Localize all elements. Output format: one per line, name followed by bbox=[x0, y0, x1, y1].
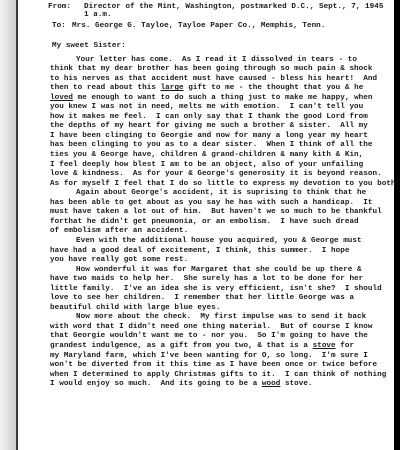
letter-line: then to read about this large gift to me… bbox=[50, 84, 363, 94]
text-segment: beautiful child with large blue eyes. bbox=[50, 304, 220, 312]
text-segment: won't be diverted from it this time as I… bbox=[50, 361, 377, 369]
text-segment: has been able to get about as you say he… bbox=[50, 199, 373, 207]
text-segment: ties you & George have, children & grand… bbox=[50, 151, 363, 159]
text-segment: then to read about this bbox=[50, 84, 161, 92]
letter-line: As for myself I feel that I do so little… bbox=[50, 180, 400, 190]
letter-line: ties you & George have, children & grand… bbox=[50, 151, 363, 161]
letter-line: has been clinging to you as to a dear si… bbox=[50, 141, 373, 151]
to-label: To: bbox=[52, 22, 66, 32]
from-value-line2: 1 a.m. bbox=[84, 11, 112, 21]
letter-line: how it makes me feel. I can only say tha… bbox=[50, 113, 368, 123]
text-segment: me enough to want to do such a thing jus… bbox=[73, 94, 372, 102]
letter-page: From: Director of the Mint, Washington, … bbox=[50, 0, 395, 86]
letter-line: that Georgie wouldn't want me to - nor y… bbox=[50, 332, 368, 342]
text-segment: grandest indulgence, as a gift from you … bbox=[50, 342, 313, 350]
letter-line: love to see her children. I remember tha… bbox=[50, 294, 354, 304]
text-segment: to his nerves as that accident must have… bbox=[50, 75, 377, 83]
text-segment: I have been clinging to Georgie and now … bbox=[50, 132, 368, 140]
letter-line: with word that I didn't need one thing m… bbox=[50, 323, 373, 333]
letter-line: the depths of my heart for giving me suc… bbox=[50, 122, 368, 132]
text-segment: have had a good deal of excitement, I th… bbox=[50, 247, 349, 255]
letter-line: have had a good deal of excitement, I th… bbox=[50, 247, 349, 257]
letter-line: to his nerves as that accident must have… bbox=[50, 75, 377, 85]
text-segment: you knew I was not in need, melts me wit… bbox=[50, 103, 363, 111]
text-segment: Now more about the check. My first impul… bbox=[76, 313, 366, 321]
text-segment: must have taken a lot out of him. But ha… bbox=[50, 208, 382, 216]
text-segment: you have really got some rest. bbox=[50, 256, 188, 264]
salutation: My sweet Sister: bbox=[52, 42, 126, 52]
to-value: Mrs. George G. Tayloe, Tayloe Paper Co.,… bbox=[72, 22, 325, 32]
letter-line: have two maids to help her. She surely h… bbox=[50, 275, 363, 285]
letter-line: you knew I was not in need, melts me wit… bbox=[50, 103, 363, 113]
letter-line: loved me enough to want to do such a thi… bbox=[50, 94, 373, 104]
text-segment: my Maryland farm, which I've been wantin… bbox=[50, 352, 368, 360]
letter-line: I would enjoy so much. And its going to … bbox=[50, 380, 313, 390]
letter-line: forthat he didn't get pneumonia, or an e… bbox=[50, 218, 359, 228]
letter-line: I have been clinging to Georgie and now … bbox=[50, 132, 368, 142]
letter-line: I feel deeply how blest I am to be an ob… bbox=[50, 161, 363, 171]
letter-line: of embolism after an accident. bbox=[50, 227, 188, 237]
text-segment: think that my dear brother has been goin… bbox=[50, 65, 373, 73]
text-segment: Your letter has come. As I read it I dis… bbox=[76, 56, 357, 64]
letter-line: Your letter has come. As I read it I dis… bbox=[76, 56, 357, 66]
letter-line: must have taken a lot out of him. But ha… bbox=[50, 208, 382, 218]
text-segment: how it makes me feel. I can only say tha… bbox=[50, 113, 368, 121]
underlined-word: stove bbox=[313, 342, 336, 350]
letter-line: Again about George's accident, it is sup… bbox=[76, 189, 366, 199]
from-label: From: bbox=[48, 3, 71, 13]
text-segment: stove. bbox=[280, 380, 312, 388]
from-value: Director of the Mint, Washington, postma… bbox=[84, 3, 383, 13]
text-segment: with word that I didn't need one thing m… bbox=[50, 323, 373, 331]
text-segment: Again about George's accident, it is sup… bbox=[76, 189, 366, 197]
text-segment: love to see her children. I remember tha… bbox=[50, 294, 354, 302]
text-segment: gift to me - the thought that you & he bbox=[184, 84, 364, 92]
text-segment: I would enjoy so much. And its going to … bbox=[50, 380, 262, 388]
text-segment: for bbox=[336, 342, 354, 350]
underlined-word: large bbox=[161, 84, 184, 92]
letter-line: Even with the additional house you acqui… bbox=[76, 237, 362, 247]
text-segment: have two maids to help her. She surely h… bbox=[50, 275, 363, 283]
underlined-word: loved bbox=[50, 94, 73, 102]
letter-line: How wonderful it was for Margaret that s… bbox=[76, 266, 362, 276]
letter-line: my Maryland farm, which I've been wantin… bbox=[50, 352, 368, 362]
text-segment: the depths of my heart for giving me suc… bbox=[50, 122, 368, 130]
letter-line: grandest indulgence, as a gift from you … bbox=[50, 342, 354, 352]
letter-line: little family. I've an idea she is very … bbox=[50, 285, 382, 295]
letter-line: Now more about the check. My first impul… bbox=[76, 313, 366, 323]
text-segment: As for myself I feel that I do so little… bbox=[50, 180, 400, 188]
text-segment: has been clinging to you as to a dear si… bbox=[50, 141, 373, 149]
letter-line: you have really got some rest. bbox=[50, 256, 188, 266]
text-segment: How wonderful it was for Margaret that s… bbox=[76, 266, 362, 274]
letter-line: think that my dear brother has been goin… bbox=[50, 65, 373, 75]
text-segment: Even with the additional house you acqui… bbox=[76, 237, 362, 245]
letter-line: when I determined to apply Christmas gif… bbox=[50, 371, 386, 381]
letter-line: won't be diverted from it this time as I… bbox=[50, 361, 377, 371]
text-segment: forthat he didn't get pneumonia, or an e… bbox=[50, 218, 359, 226]
text-segment: of embolism after an accident. bbox=[50, 227, 188, 235]
text-segment: love & kindness. As for your & George's … bbox=[50, 170, 382, 178]
text-segment: when I determined to apply Christmas gif… bbox=[50, 371, 386, 379]
underlined-word: wood bbox=[262, 380, 280, 388]
letter-line: love & kindness. As for your & George's … bbox=[50, 170, 382, 180]
text-segment: that Georgie wouldn't want me to - nor y… bbox=[50, 332, 368, 340]
text-segment: little family. I've an idea she is very … bbox=[50, 285, 382, 293]
letter-line: has been able to get about as you say he… bbox=[50, 199, 373, 209]
letter-line: beautiful child with large blue eyes. bbox=[50, 304, 220, 314]
scan-left-margin bbox=[0, 0, 16, 450]
margin-rule bbox=[16, 0, 18, 450]
text-segment: I feel deeply how blest I am to be an ob… bbox=[50, 161, 363, 169]
